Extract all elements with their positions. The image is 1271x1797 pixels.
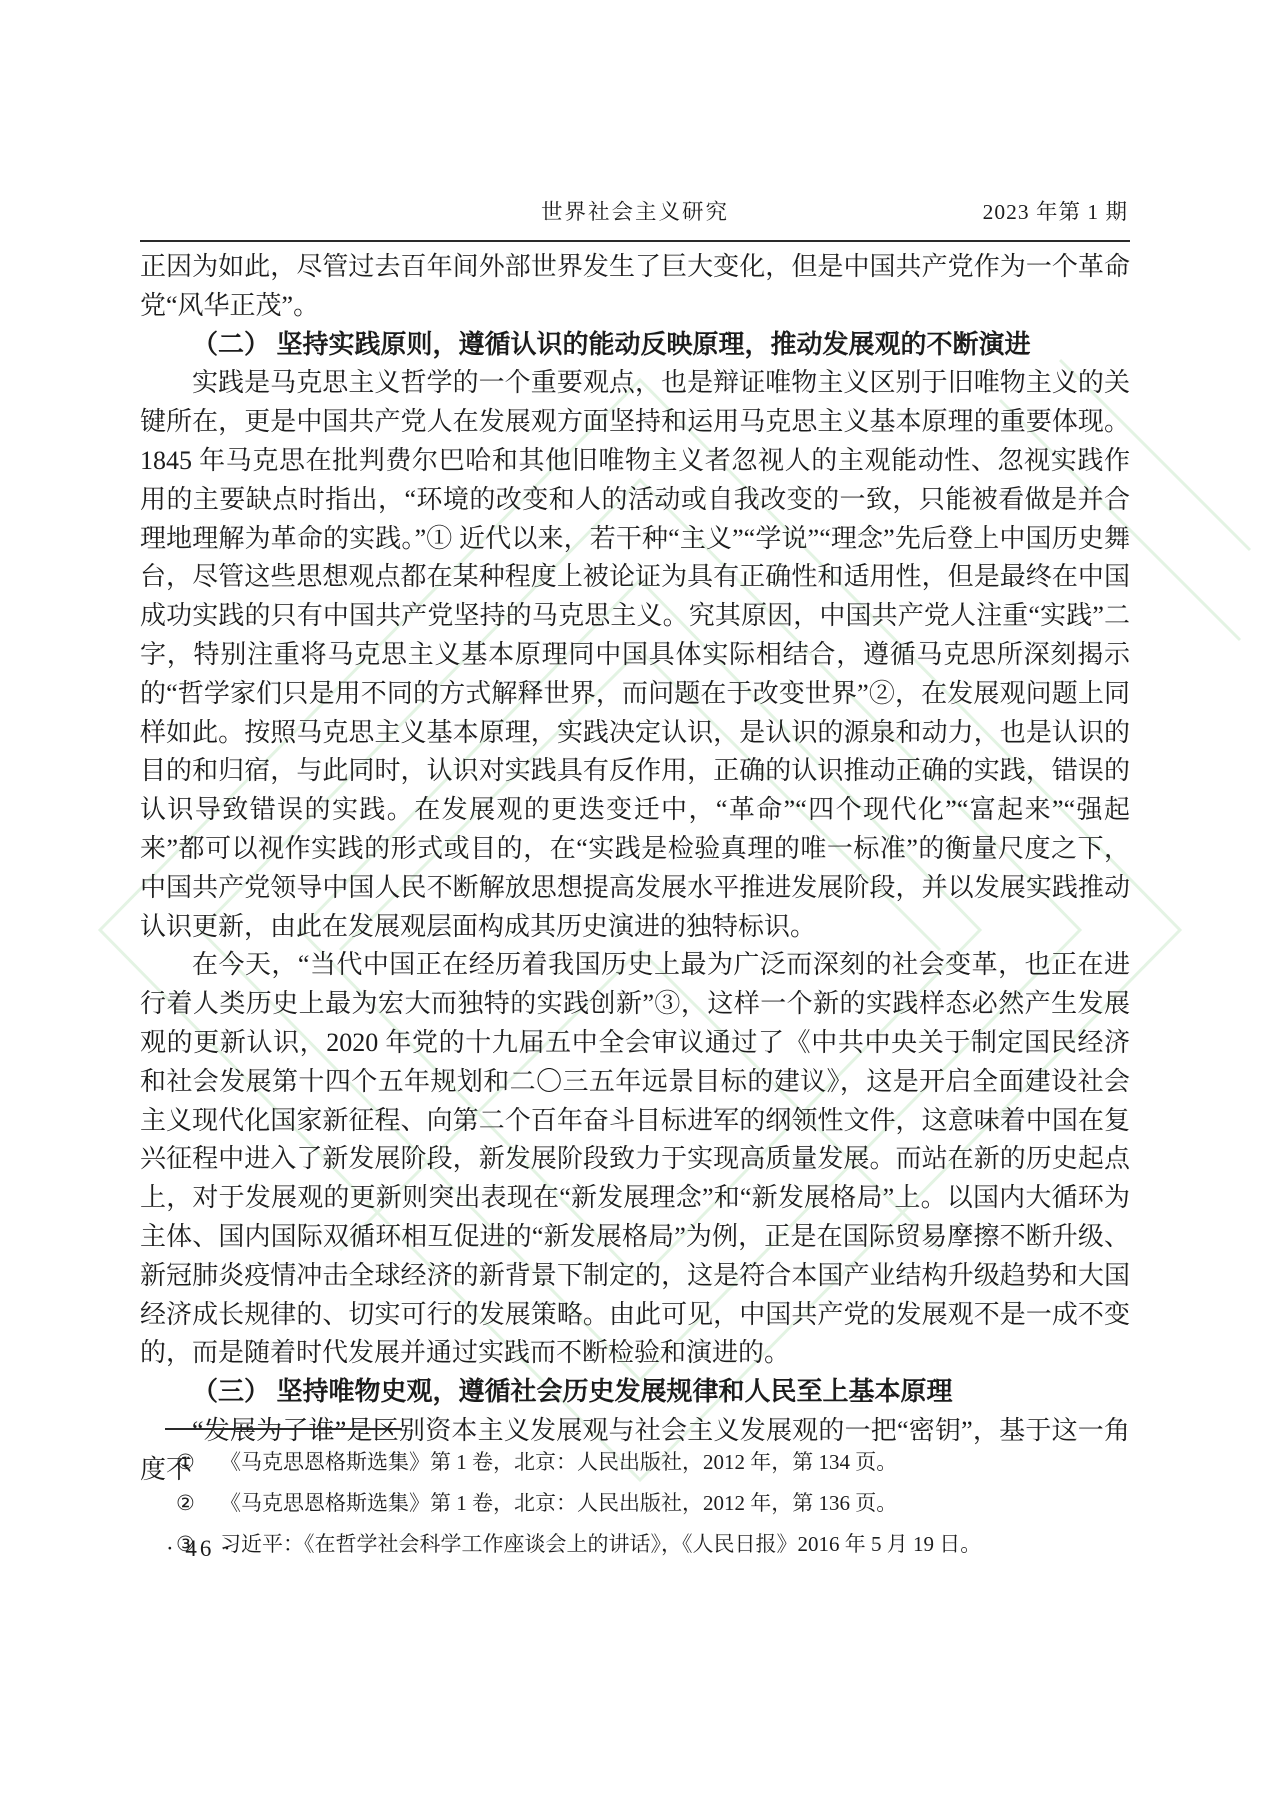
footnote-text: 习近平：《在哲学社会科学工作座谈会上的讲话》，《人民日报》2016 年 5 月 …	[220, 1524, 1130, 1565]
footnote-marker: ②	[176, 1483, 220, 1524]
section-heading: （二） 坚持实践原则，遵循认识的能动反映原理，推动发展观的不断演进	[140, 326, 1130, 365]
journal-page: 世界社会主义研究 2023 年第 1 期 正因为如此，尽管过去百年间外部世界发生…	[0, 0, 1271, 1797]
footnote-separator	[165, 1428, 402, 1430]
section-heading: （三） 坚持唯物史观，遵循社会历史发展规律和人民至上基本原理	[140, 1373, 1130, 1412]
footnote-item: ① 《马克思恩格斯选集》第 1 卷，北京：人民出版社，2012 年，第 134 …	[140, 1442, 1130, 1483]
body-paragraph: 实践是马克思主义哲学的一个重要观点，也是辩证唯物主义区别于旧唯物主义的关键所在，…	[140, 364, 1130, 946]
body-paragraph: 在今天，“当代中国正在经历着我国历史上最为广泛而深刻的社会变革，也正在进行着人类…	[140, 946, 1130, 1373]
footnote-text: 《马克思恩格斯选集》第 1 卷，北京：人民出版社，2012 年，第 134 页。	[220, 1442, 1130, 1483]
footnote-text: 《马克思恩格斯选集》第 1 卷，北京：人民出版社，2012 年，第 136 页。	[220, 1483, 1130, 1524]
page-header: 世界社会主义研究 2023 年第 1 期	[140, 183, 1130, 242]
footnote-item: ② 《马克思恩格斯选集》第 1 卷，北京：人民出版社，2012 年，第 136 …	[140, 1483, 1130, 1524]
footnote-marker: ①	[176, 1442, 220, 1483]
page-number: · 46 ·	[166, 1536, 234, 1562]
footnotes-section: ① 《马克思恩格斯选集》第 1 卷，北京：人民出版社，2012 年，第 134 …	[140, 1412, 1130, 1565]
footnote-item: ③ 习近平：《在哲学社会科学工作座谈会上的讲话》，《人民日报》2016 年 5 …	[140, 1524, 1130, 1565]
body-paragraph: 正因为如此，尽管过去百年间外部世界发生了巨大变化，但是中国共产党作为一个革命党“…	[140, 248, 1130, 326]
article-body: 正因为如此，尽管过去百年间外部世界发生了巨大变化，但是中国共产党作为一个革命党“…	[140, 248, 1130, 1490]
journal-title: 世界社会主义研究	[140, 195, 1130, 226]
issue-label: 2023 年第 1 期	[983, 195, 1128, 226]
